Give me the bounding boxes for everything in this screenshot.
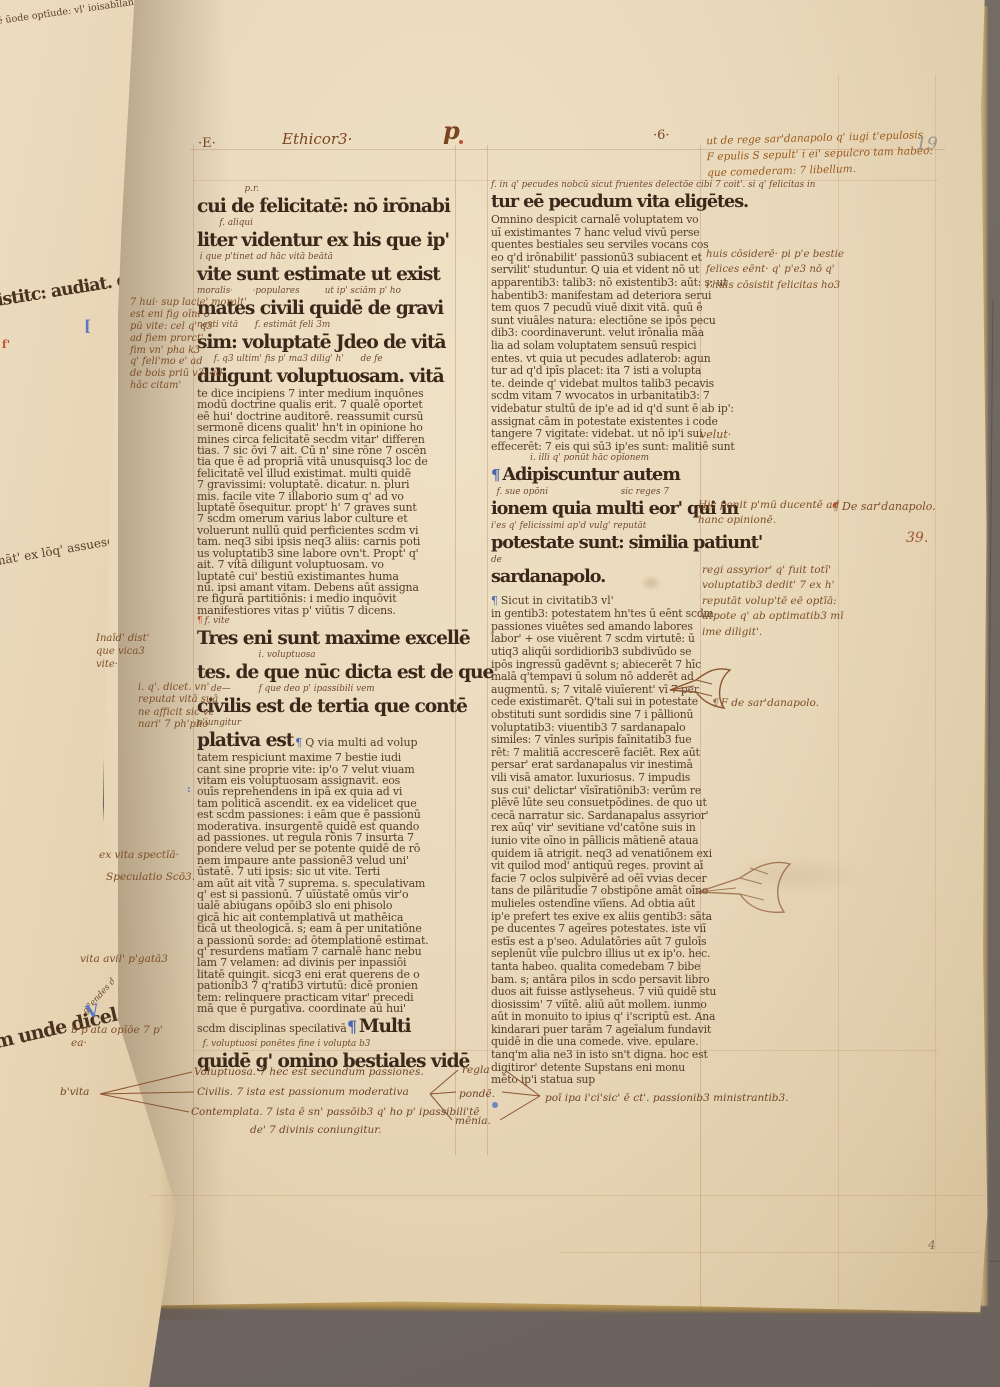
right-margin-sardanapalus-label: De sar'danapolo.	[832, 500, 936, 513]
text-line: mā que ē purgativa. coordinate aū hui'	[197, 1003, 460, 1014]
text-line: in gentib3: potestatem hn'tes ū eēnt scd…	[491, 608, 707, 621]
text-line: cui de felicitatē: nō irōnabi	[197, 194, 455, 218]
text-line: civilis est de tertia que contē	[197, 694, 455, 718]
text-line: ol. in aīt vr'3 principmāt' ex lō	[0, 544, 54, 590]
text-line: utpote q' ab optimatib3 mī	[702, 609, 844, 625]
text-line: pationib3 7 q'ratib3 virtutū: dicē proni…	[197, 980, 460, 991]
text-line: felices eēnt· q' p'e3 nō q'	[706, 262, 844, 278]
text-line: effecerēt: 7 eis qui sū3 ip'es sunt: mal…	[491, 441, 707, 454]
diagram-middle-item-2: pondē.	[459, 1088, 495, 1100]
text-line: f. vite	[197, 617, 460, 626]
text-line: i. q'. dicet. vn'	[138, 682, 218, 695]
text-line: malā q'tempavi ū solum nō adderēt ad	[491, 671, 707, 684]
text-line: sardanapolo.	[491, 565, 605, 589]
text-line: utiq3 aliqūi sordidiorib3 subdivūdo se	[491, 646, 707, 659]
ruling-line	[935, 75, 936, 1250]
text-line: i que p'tinet ad hāc vitā beātā	[197, 253, 460, 262]
text-line: duos ait fuisse astlyseheus. 7 viū quidē…	[491, 986, 707, 999]
red-dot-mark	[459, 140, 463, 144]
text-line: r aūt nequerū existit	[0, 286, 32, 334]
text-line: p.r.	[197, 185, 460, 194]
text-line: nari' 7 ph'pho	[138, 719, 218, 732]
text-line: plēvē lūte seu consuetpōdines. de quo ut	[491, 797, 707, 810]
running-head-flourish: p	[443, 116, 460, 145]
running-head-right-mark: ·6·	[653, 128, 670, 143]
text-line: apparentib3: talib3: nō existentib3: aūt…	[491, 277, 707, 290]
text-line: f. aliqui	[197, 219, 460, 228]
text-line: ionem quia multi eor' qui in	[491, 497, 703, 521]
right-margin-number: 39.	[906, 530, 928, 546]
right-margin-velut: velut·	[700, 428, 731, 441]
diagram-middle-item-1: regla	[462, 1064, 490, 1076]
text-line: manifestiores vitas p' viūtis 7 dicens.	[197, 605, 460, 616]
text-line: plativa est	[197, 728, 293, 752]
text-line: Hic ponit p'mū ducentē ad	[698, 498, 839, 513]
pen-mark: 4	[927, 1238, 937, 1253]
text-line: tem quos 7 pecudū viuē dixit vitā. quū ē	[491, 302, 707, 315]
text-line: iunio vite oīno in pāllicis mātienē atau…	[491, 835, 707, 848]
text-line: Multi	[347, 1014, 410, 1039]
diagram-note: poī ipa i'ci'sic' ē ct'. passionib3 mini…	[545, 1092, 789, 1104]
blue-colon-mark: :	[187, 784, 191, 795]
text-line: de optīude: vl' iois	[17, 1, 106, 24]
text-line: tur eē pecudum vita eligētes.	[491, 190, 703, 214]
text-line: Q via multi ad volup	[295, 736, 417, 749]
text-line: vit quilod mod' antiquū reges. provint a…	[491, 860, 707, 873]
text-line: sermonē dicens qualit' hn't in opinione …	[197, 422, 460, 433]
text-line: ime diligit'.	[702, 625, 844, 641]
left-margin-note-speculatio: Speculatio Scō3.	[106, 871, 195, 883]
right-margin-note-assyrian-king: regi assyrior' q' fuit totī'voluptatib3 …	[702, 516, 844, 640]
text-line: est scdm passiones: i eām que ē passionū	[197, 809, 460, 820]
text-line: Sicut in civitatib3 vl'	[491, 594, 614, 607]
text-line: tes. de que nūc dicta est de que	[197, 660, 455, 684]
text-line: liter videntur ex his que ip'	[197, 228, 455, 252]
top-margin-note: ut de rege sar'danapolo q' iugi t'epulos…	[705, 79, 938, 181]
text-line: Tres eni sunt maxime excellē	[197, 626, 455, 650]
text-line: reputat vitā suā	[138, 694, 218, 707]
ruling-line	[150, 1195, 985, 1196]
text-line: aūt in monuito to ipius q' i'scriptū est…	[491, 1011, 707, 1024]
text-line: 7 gravissimi: voluptatē. dicatur. n. plu…	[197, 479, 460, 490]
main-text-column-right: f. in q' pecudes nobcū sicut fruentes de…	[491, 180, 707, 1087]
left-margin-note-mid: i. q'. dicet. vn'reputat vitā suāne affi…	[138, 644, 218, 732]
text-line: ticā ut theologicā. s; eam ā per unitati…	[197, 923, 460, 934]
text-line: similes: 7 vīnles surīpis faīnitatib3 fu…	[491, 734, 707, 747]
text-line: p'iungitur	[197, 719, 460, 728]
left-margin-note-purgata: vita avil' p'gatā3	[80, 953, 168, 965]
running-head-title: Ethicor3·	[282, 130, 352, 148]
text-line: tangere 7 vigitate: videbat. ut nō ip'i …	[491, 428, 707, 441]
text-line: lia ad solam voluptatem sensuū respici	[491, 340, 707, 353]
diagram-branch-contemplata: Contemplata. 7 ista ē sn' passōib3 q' ho…	[191, 1106, 480, 1118]
text-line: 7 hui· sup lacie' moralt'	[130, 297, 247, 309]
text-line: Adipiscuntur autem	[491, 463, 703, 487]
left-margin-note-top: 7 hui· sup lacie' moralt'est eni fig oīn…	[130, 262, 247, 392]
ruling-line	[560, 1252, 980, 1253]
text-line: scdm disciplinas specilativā	[197, 1023, 347, 1034]
text-line: ūstatē. 7 uti ipsis: sic ut vite. Terti	[197, 866, 460, 877]
text-line: i. voluptuosa	[197, 651, 460, 660]
text-line: i'es q' felicissimi ap'd vulg' reputāt	[491, 522, 707, 531]
text-line: f. in q' pecudes nobcū sicut fruentes de…	[491, 181, 707, 190]
text-line: tur ad q'd ipīs placet: ita 7 isti a vol…	[491, 365, 707, 378]
text-line: obstituti sunt sordidis sine 7 i pāllion…	[491, 709, 707, 722]
text-line: tanta habeo. qualita comedebam 7 bibe	[491, 961, 707, 974]
diagram-branch-civilis: Civilis. 7 ista est passionum moderativa	[197, 1086, 409, 1098]
text-line: ne afficit sic ve	[138, 707, 218, 720]
text-line: tanq'm alia ne3 in isto sn't digna. hoc …	[491, 1049, 707, 1062]
verso-small-text: ntiqua facultatē ūode optīude: vl' ioisa…	[0, 0, 126, 38]
text-line: i. illi q' ponūt hāc opīonem	[491, 454, 707, 463]
ruling-line	[487, 145, 488, 1155]
left-margin-note-speculativa: ex vita spectīā·	[99, 849, 179, 861]
text-line: fim vn' pha k3	[130, 345, 247, 357]
text-line: est eni fig oīni o	[130, 309, 247, 321]
text-line: videbatur stultū de ip'e ad id q'd sunt …	[491, 403, 707, 416]
manuscript-photo: ntiqua facultatē ūode optīude: vl' ioisa…	[0, 0, 1000, 1387]
verso-medium-text: ol. in aīt vr'3 principmāt' ex lōq' assu…	[0, 526, 125, 597]
text-line: huis cōsiderē· pi p'e bestie	[706, 247, 844, 263]
right-margin-note-top: huis cōsiderē· pi p'e bestiefelices eēnt…	[706, 200, 844, 293]
verso-large-text: r aūt nequerū existitc: audiat. que elig…	[0, 264, 131, 340]
folio-number: 19	[916, 134, 938, 154]
running-head-left-mark: ·E·	[198, 136, 216, 151]
text-line: reputāt volup'tē eē optīā:	[702, 594, 844, 610]
text-line: vili visā amator. luxuriosus. 7 impudis	[491, 772, 707, 785]
text-line: de— f que deo p' ipassibili vem	[197, 685, 460, 694]
diagram-branch-contemplata-cont: de' 7 divinis coniungitur.	[250, 1124, 382, 1136]
text-line: Omnino despicit carnalē voluptatem vo	[491, 214, 707, 227]
text-line: re figurā partitiōnis: i medio inquōvit	[197, 593, 460, 604]
text-line: potestate sunt: similia patiunt'	[491, 531, 703, 555]
text-line: ea·	[71, 1037, 163, 1050]
text-line: regi assyrior' q' fuit totī'	[702, 563, 844, 579]
right-margin-manicula-note: F de sar'danapolo.	[712, 697, 819, 709]
diagram-branch-voluptuosa: Voluptuosa. 7 hec est secundum passiones…	[194, 1066, 424, 1078]
text-line: quentes bestiales seu serviles vocans co…	[491, 239, 707, 252]
text-line: q' feli'mo e' ad	[130, 356, 247, 368]
blue-bracket-mark: [	[84, 317, 91, 335]
text-line: b p'ata opīōe 7 p'	[71, 1024, 163, 1037]
right-margin-superscript: ot	[702, 503, 711, 513]
diagram-label: b'vita	[60, 1086, 89, 1098]
text-line: mēto ip'i statua sup	[491, 1074, 707, 1087]
text-line: hāc citam'	[130, 380, 247, 392]
red-tick-mark: f'	[2, 338, 10, 351]
left-margin-note-bottom: b p'ata opīōe 7 p'ea·	[71, 985, 163, 1050]
text-line: tam. neq3 sibi ipsis neq3 aliis: carnis …	[197, 536, 460, 547]
text-line: tatem respiciunt maxime 7 bestie iudi	[197, 752, 460, 763]
text-line: pe ducentes 7 ageīres potestates. iste v…	[491, 923, 707, 936]
text-line: i'huis cōsistit felicitas ho3	[706, 278, 844, 294]
diagram-middle-item-3: mēnia.	[455, 1115, 491, 1127]
text-line: ntiqua facultatē ūo	[0, 13, 18, 37]
text-line: f. sue opōni sic reges 7	[491, 488, 707, 497]
text-line: voluptatib3 dedit' 7 ex h'	[702, 578, 844, 594]
text-line: de	[491, 556, 707, 565]
text-line: de bois priū v3; ad	[130, 368, 247, 380]
text-line: ait. 7 vitā diligunt voluptuosam. vo	[197, 559, 460, 570]
text-line: ad fiem prorct'	[130, 333, 247, 345]
blue-dot-mark	[492, 1102, 498, 1108]
text-line: f. voluptuosi ponētes fine i volupta b3	[197, 1040, 460, 1049]
text-line: mulieles ostendīne viīens. Ad obtia aūt	[491, 898, 707, 911]
text-line: pū vite: cel q' q3	[130, 321, 247, 333]
